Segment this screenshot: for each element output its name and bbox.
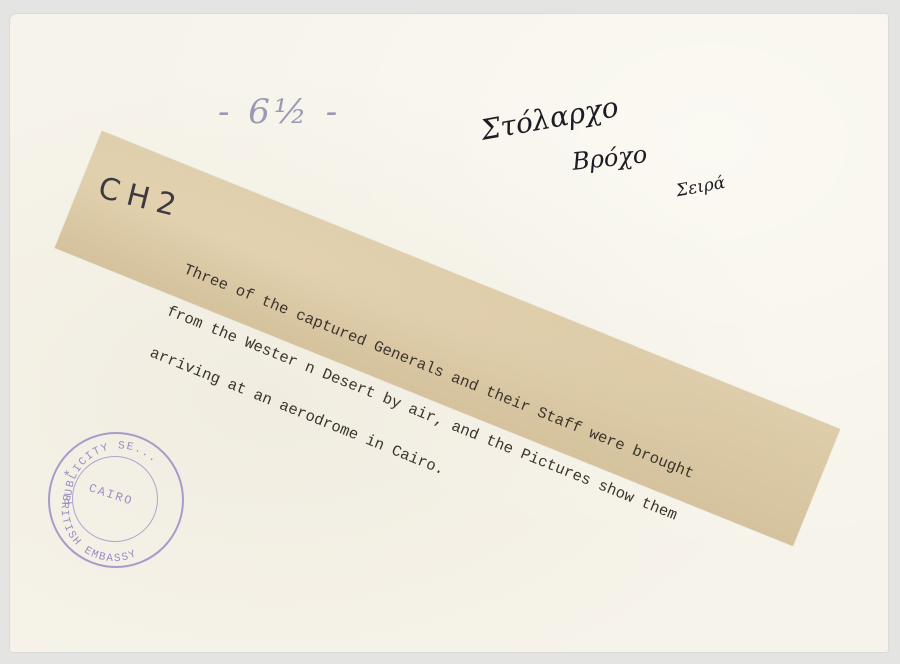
embassy-stamp: PUBLICITY SE... BRITISH EMBASSY * CAIRO [48,432,184,568]
stamp-star-icon: * [64,467,70,483]
handwritten-line-3: Σειρά [675,173,727,201]
handwritten-line-2: Βρόχο [571,140,649,176]
caption-code: CH2 [95,171,187,226]
handwritten-line-1: Στόλαρχο [478,90,621,147]
pencil-note: - 6½ - [218,92,341,132]
